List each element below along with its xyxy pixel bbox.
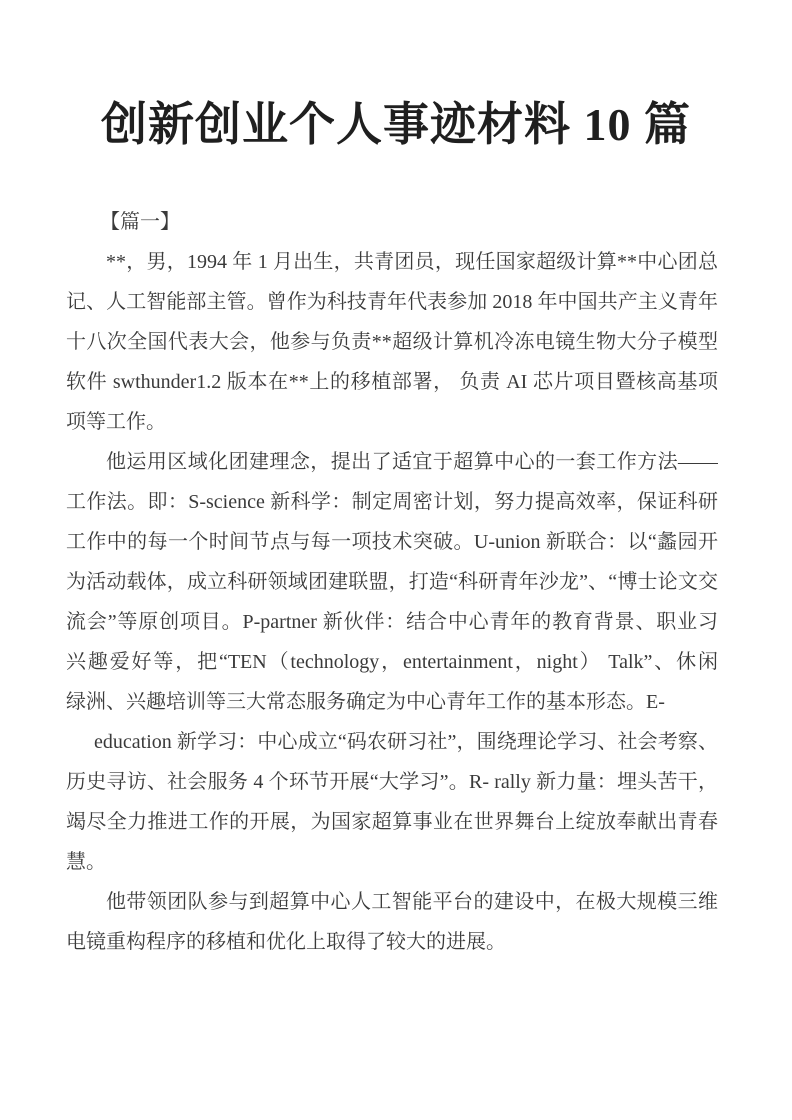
paragraph-super-method: 他运用区域化团建理念，提出了适宜于超算中心的一套工作方法——SUPER工作法。即… — [66, 442, 718, 882]
text-line: 流会”等原创项目。P-partner 新伙伴：结合中心青年的教育背景、职业习惯、 — [66, 602, 718, 642]
paragraph-intro: **，男，1994 年 1 月出生，共青团员，现任国家超级计算**中心团总支书记… — [66, 242, 718, 442]
text-line: 慧。 — [66, 842, 718, 882]
text-line: 电镜重构程序的移植和优化上取得了较大的进展。 — [66, 922, 718, 962]
text-line: 【篇一】 — [66, 202, 718, 242]
text-line: 兴趣爱好等，把“TEN（technology，entertainment，nig… — [66, 642, 718, 682]
paragraph-ai-platform: 他带领团队参与到超算中心人工智能平台的建设中，在极大规模三维冷冻电镜重构程序的移… — [66, 882, 718, 962]
text-line: 为活动载体，成立科研领域团建联盟，打造“科研青年沙龙”、“博士论文交 — [66, 562, 718, 602]
text-line: 绿洲、兴趣培训等三大常态服务确定为中心青年工作的基本形态。E- — [66, 682, 718, 722]
section-heading: 【篇一】 — [66, 202, 718, 242]
document-page: 创新创业个人事迹材料 10 篇 【篇一】**，男，1994 年 1 月出生，共青… — [0, 0, 792, 1120]
text-line: 工作法。即：S-science 新科学：制定周密计划，努力提高效率，保证科研攻关 — [66, 482, 718, 522]
text-line: 十八次全国代表大会，他参与负责**超级计算机冷冻电镜生物大分子模型重构 — [66, 322, 718, 362]
document-title: 创新创业个人事迹材料 10 篇 — [40, 94, 752, 156]
text-line: 历史寻访、社会服务 4 个环节开展“大学习”。R- rally 新力量：埋头苦干… — [66, 762, 718, 802]
text-line: 项等工作。 — [66, 402, 718, 442]
text-line: 他带领团队参与到超算中心人工智能平台的建设中，在极大规模三维冷冻 — [66, 882, 718, 922]
text-line: 工作中的每一个时间节点与每一项技术突破。U-union 新联合：以“蠡园开讲吧” — [66, 522, 718, 562]
text-line: 记、人工智能部主管。曾作为科技青年代表参加 2018 年中国共产主义青年团第 — [66, 282, 718, 322]
text-line: education 新学习：中心成立“码农研习社”，围绕理论学习、社会考察、 — [66, 722, 718, 762]
document-body: 【篇一】**，男，1994 年 1 月出生，共青团员，现任国家超级计算**中心团… — [66, 202, 718, 962]
text-line: 软件 swthunder1.2 版本在**上的移植部署， 负责 AI 芯片项目暨… — [66, 362, 718, 402]
text-line: **，男，1994 年 1 月出生，共青团员，现任国家超级计算**中心团总支书 — [66, 242, 718, 282]
text-line: 他运用区域化团建理念，提出了适宜于超算中心的一套工作方法——SUPER — [66, 442, 718, 482]
text-line: 竭尽全力推进工作的开展，为国家超算事业在世界舞台上绽放奉献出青春和智 — [66, 802, 718, 842]
